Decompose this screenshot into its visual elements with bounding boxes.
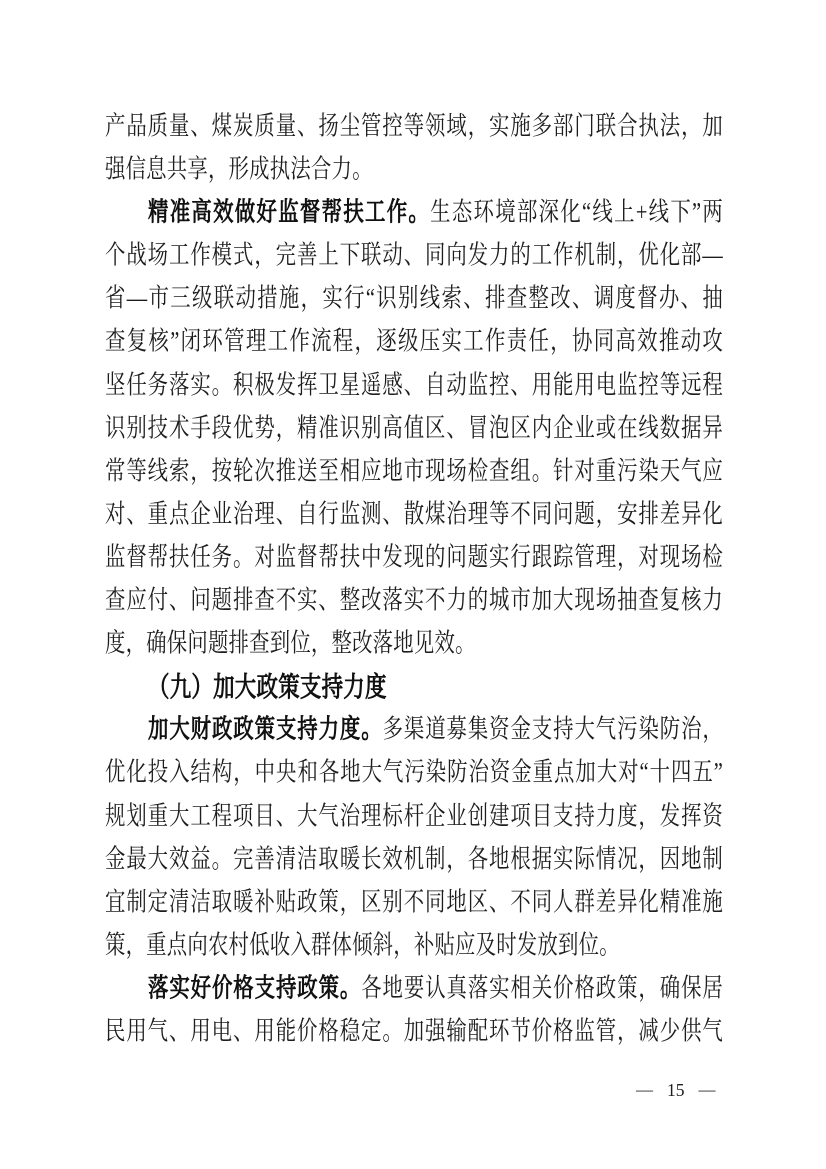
line-text: 金最大效益。完善清洁取暖长效机制，各地根据实际情况，因地制 (105, 845, 723, 873)
line-text: 产品质量、煤炭质量、扬尘管控等领域，实施多部门联合执法，加 (105, 113, 723, 141)
line-text: 强信息共享，形成执法合力。 (105, 156, 373, 184)
line-text: 个战场工作模式，完善上下联动、同向发力的工作机制，优化部— (105, 242, 723, 270)
page-footer: — 15 — (636, 1077, 716, 1103)
bold-lead-text: 加大财政政策支持力度。 (148, 716, 383, 744)
line-text: 省—市三级联动措施，实行“识别线索、排查整改、调度督办、抽 (105, 285, 723, 313)
text-line: 民用气、用电、用能价格稳定。加强输配环节价格监管，减少供气 (105, 1005, 723, 1060)
line-text: 坚任务落实。积极发挥卫星遥感、自动监控、用能用电监控等远程 (105, 371, 723, 399)
line-text: 识别技术手段优势，精准识别高值区、冒泡区内企业或在线数据异 (105, 414, 723, 442)
line-text: 对、重点企业治理、自行监测、散煤治理等不同问题，安排差异化 (105, 501, 723, 529)
page-number: 15 (667, 1080, 685, 1101)
line-text: 优化投入结构，中央和各地大气污染防治资金重点加大对“十四五” (105, 759, 723, 787)
line-text: 各地要认真落实相关价格政策，确保居 (361, 975, 723, 1003)
line-text: 规划重大工程项目、大气治理标杆企业创建项目支持力度，发挥资 (105, 802, 723, 830)
text-block: 产品质量、煤炭质量、扬尘管控等领域，实施多部门联合执法，加强信息共享，形成执法合… (105, 106, 723, 1054)
line-text: 度，确保问题排查到位，整改落地见效。 (105, 630, 476, 658)
document-page: 产品质量、煤炭质量、扬尘管控等领域，实施多部门联合执法，加强信息共享，形成执法合… (0, 0, 826, 1169)
line-text: 查复核”闭环管理工作流程，逐级压实工作责任，协同高效推动攻 (105, 328, 723, 356)
line-text: （九）加大政策支持力度 (148, 672, 387, 703)
footer-dash-right: — (699, 1080, 716, 1100)
line-text: 监督帮扶任务。对监督帮扶中发现的问题实行跟踪管理，对现场检 (105, 544, 723, 572)
line-text: 宜制定清洁取暖补贴政策，区别不同地区、不同人群差异化精准施 (105, 888, 723, 916)
footer-dash-left: — (636, 1080, 653, 1100)
line-text: 策，重点向农村低收入群体倾斜，补贴应及时发放到位。 (105, 932, 620, 960)
line-text: 多渠道募集资金支持大气污染防治， (383, 716, 723, 744)
line-text: 民用气、用电、用能价格稳定。加强输配环节价格监管，减少供气 (105, 1018, 723, 1046)
line-text: 查应付、问题排查不实、整改落实不力的城市加大现场抽查复核力 (105, 587, 723, 615)
line-text: 常等线索，按轮次推送至相应地市现场检查组。针对重污染天气应 (105, 458, 723, 486)
line-text: 生态环境部深化“线上+线下”两 (430, 199, 723, 227)
bold-lead-text: 精准高效做好监督帮扶工作。 (148, 199, 430, 227)
bold-lead-text: 落实好价格支持政策。 (148, 975, 361, 1003)
